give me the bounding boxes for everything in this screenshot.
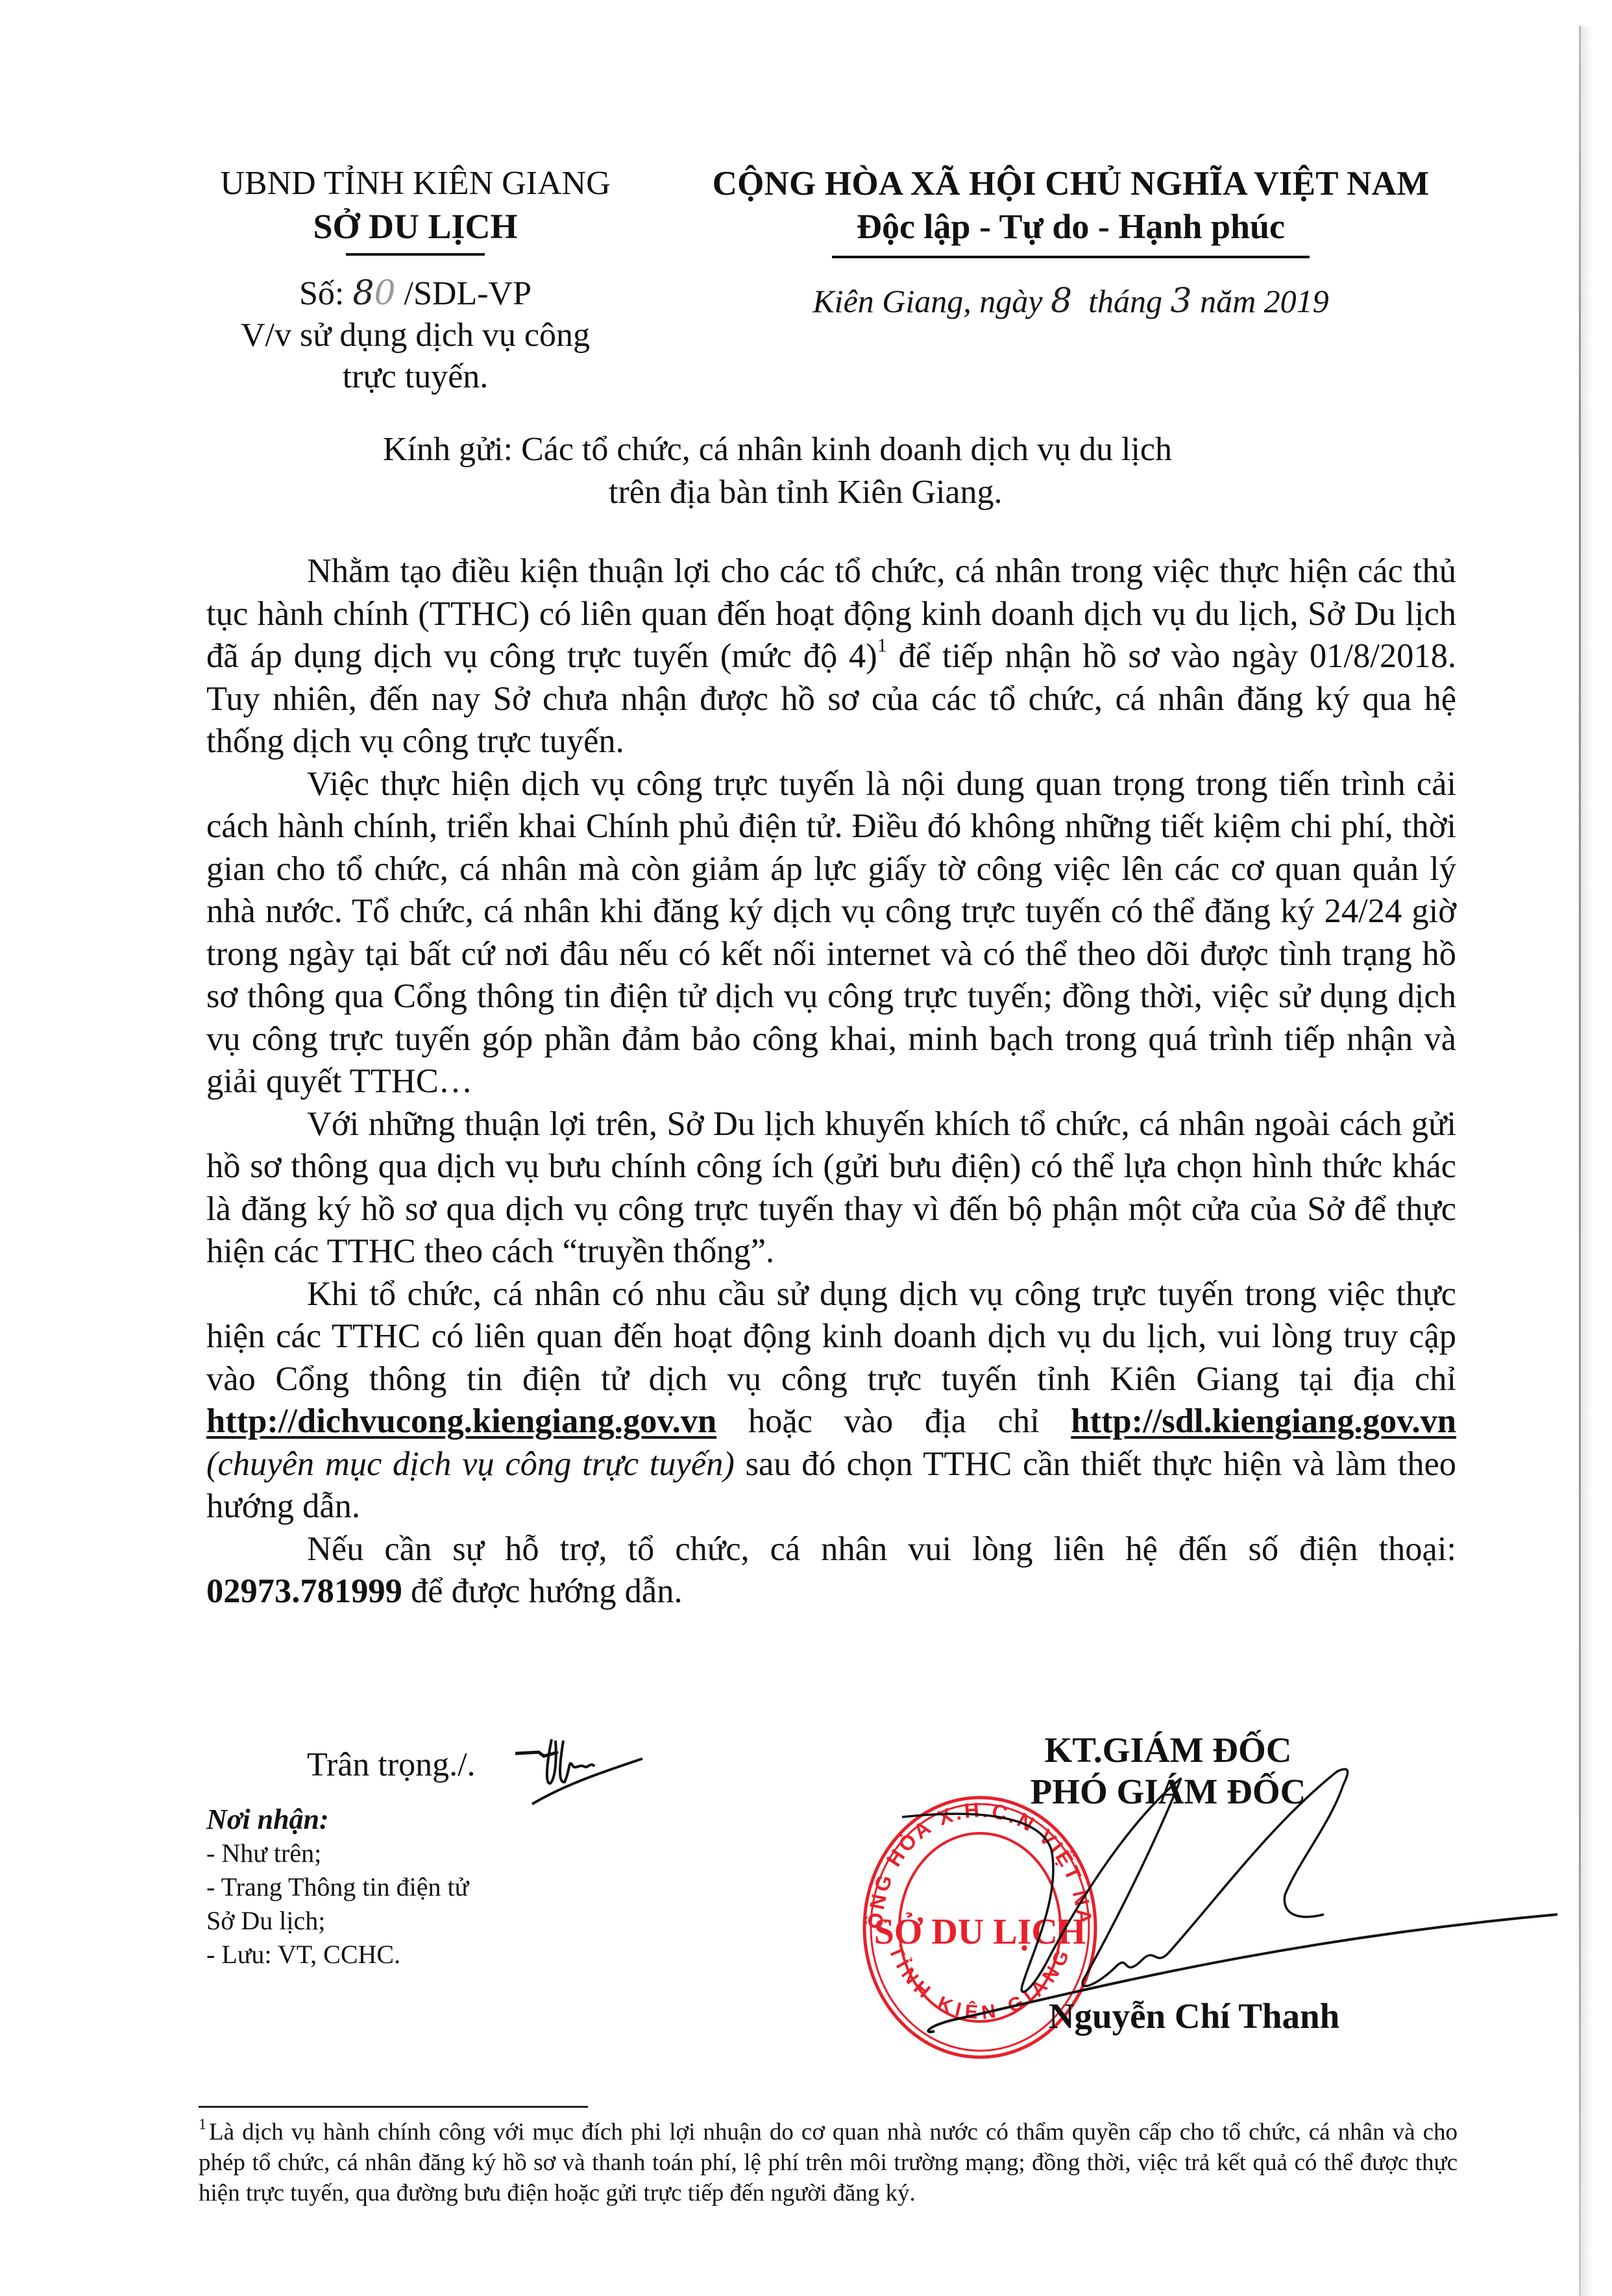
recipients-list: Nơi nhận: - Như trên; - Trang Thông tin … <box>206 1803 661 1972</box>
recipient-item: - Lưu: VT, CCHC. <box>206 1938 661 1972</box>
date-day: 8 <box>1051 282 1072 321</box>
authority-name: UBND TỈNH KIÊN GIANG <box>195 162 636 205</box>
department-underline <box>346 253 485 256</box>
scan-edge-line <box>1579 26 1581 2296</box>
footnote-marker: 1 <box>199 2116 206 2133</box>
national-header-block: CỘNG HÒA XÃ HỘI CHỦ NGHĨA VIỆT NAM Độc l… <box>681 162 1460 258</box>
recipient-line-2: trên địa bàn tỉnh Kiên Giang. <box>195 471 1460 514</box>
footnote-text: Là dịch vụ hành chính công với mục đích … <box>199 2119 1458 2206</box>
footnote-separator <box>199 2106 588 2108</box>
document-number-block: Số: 80 /SDL-VP V/v sử dụng dịch vụ công … <box>195 273 636 398</box>
recipient-item: Sở Du lịch; <box>206 1904 661 1938</box>
recipient-block: Kính gửi: Các tổ chức, cá nhân kinh doan… <box>195 428 1460 514</box>
link-dichvucong[interactable]: http://dichvucong.kiengiang.gov.vn <box>206 1402 716 1440</box>
scan-shadow <box>1581 26 1593 2296</box>
motto-underline <box>832 256 1310 258</box>
subject-line-2: trực tuyến. <box>195 356 636 398</box>
phone-number: 02973.781999 <box>206 1572 402 1610</box>
p5-text-a: Nếu cần sự hỗ trợ, tổ chức, cá nhân vui … <box>307 1530 1456 1568</box>
footnote-ref[interactable]: 1 <box>877 635 887 656</box>
letter-body: Nhằm tạo điều kiện thuận lợi cho các tổ … <box>206 550 1456 1613</box>
p5-text-b: để được hướng dẫn. <box>402 1572 683 1610</box>
footnote: 1Là dịch vụ hành chính công với mục đích… <box>199 2117 1458 2208</box>
date-prefix: Kiên Giang, ngày <box>812 283 1042 319</box>
signer-name: Nguyễn Chí Thanh <box>1012 1996 1376 2036</box>
closing: Trân trọng./. <box>307 1744 476 1786</box>
number-suffix: /SDL-VP <box>404 275 531 312</box>
paragraph-4: Khi tổ chức, cá nhân có nhu cầu sử dụng … <box>206 1273 1456 1528</box>
link-sdl[interactable]: http://sdl.kiengiang.gov.vn <box>1071 1402 1456 1440</box>
p4-italic-note: (chuyên mục dịch vụ công trực tuyến) <box>206 1445 735 1483</box>
paragraph-2: Việc thực hiện dịch vụ công trực tuyến l… <box>206 763 1456 1103</box>
recipients-title: Nơi nhận: <box>206 1803 661 1837</box>
number-label: Số: <box>299 275 344 312</box>
recipient-item: - Như trên; <box>206 1837 661 1870</box>
paragraph-3: Với những thuận lợi trên, Sở Du lịch khu… <box>206 1103 1456 1273</box>
national-motto: Độc lập - Tự do - Hạnh phúc <box>681 205 1460 248</box>
initials-signature-icon <box>513 1733 681 1811</box>
date-year: năm 2019 <box>1200 283 1329 319</box>
paragraph-5: Nếu cần sự hỗ trợ, tổ chức, cá nhân vui … <box>206 1528 1456 1613</box>
department-name: SỞ DU LỊCH <box>195 205 636 248</box>
issuing-authority-block: UBND TỈNH KIÊN GIANG SỞ DU LỊCH <box>195 162 636 256</box>
subject-line-1: V/v sử dụng dịch vụ công <box>195 315 636 356</box>
document-number: Số: 80 /SDL-VP <box>195 273 636 315</box>
paragraph-1: Nhằm tạo điều kiện thuận lợi cho các tổ … <box>206 550 1456 763</box>
recipient-line-1: Kính gửi: Các tổ chức, cá nhân kinh doan… <box>195 428 1460 471</box>
date-month-label: tháng <box>1088 283 1162 319</box>
number-handwritten: 8 <box>352 274 374 313</box>
p4-text-b: hoặc vào địa chỉ <box>716 1402 1071 1440</box>
recipient-item: - Trang Thông tin điện tử <box>206 1870 661 1904</box>
number-handwritten-faint: 0 <box>374 274 395 313</box>
date-month: 3 <box>1170 282 1191 321</box>
nation-name: CỘNG HÒA XÃ HỘI CHỦ NGHĨA VIỆT NAM <box>681 162 1460 205</box>
date-line: Kiên Giang, ngày 8 tháng 3 năm 2019 <box>681 280 1460 322</box>
p4-text-a: Khi tổ chức, cá nhân có nhu cầu sử dụng … <box>206 1275 1456 1398</box>
